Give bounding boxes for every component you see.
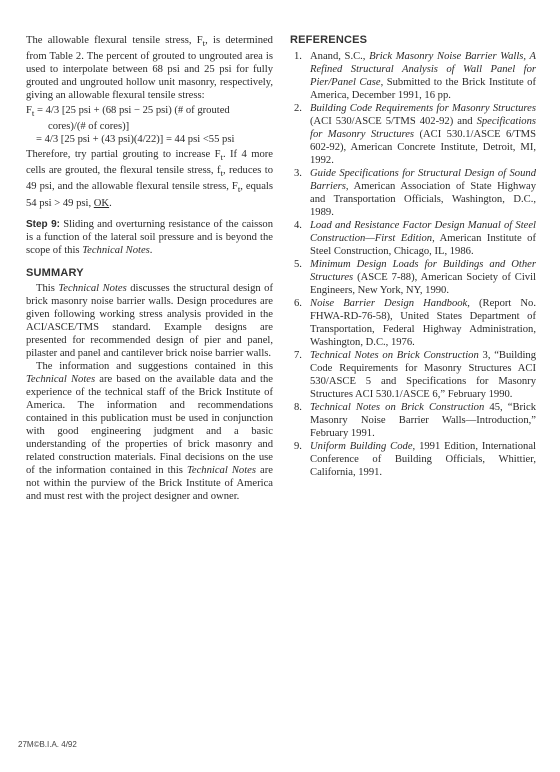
reference-number: 1. bbox=[294, 50, 302, 63]
equation-line-1: Ft = 4/3 [25 psi + (68 psi − 25 psi) (# … bbox=[26, 104, 273, 120]
text: . bbox=[150, 245, 153, 256]
reference-title: Uniform Building Code bbox=[310, 441, 413, 452]
references-list: 1.Anand, S.C., Brick Masonry Noise Barri… bbox=[290, 50, 536, 479]
reference-number: 6. bbox=[294, 297, 302, 310]
reference-title: Building Code Requirements for Masonry S… bbox=[310, 103, 536, 114]
text-italic: Technical Notes bbox=[58, 283, 126, 294]
summary-heading: SUMMARY bbox=[26, 267, 273, 280]
text: The information and suggestions containe… bbox=[36, 361, 273, 372]
reference-item: 9.Uniform Building Code, 1991 Edition, I… bbox=[290, 440, 536, 479]
step-label: Step 9: bbox=[26, 219, 60, 230]
paragraph-summary-1: This Technical Notes discusses the struc… bbox=[26, 282, 273, 360]
reference-number: 4. bbox=[294, 219, 302, 232]
ok-underlined: OK bbox=[94, 198, 109, 209]
reference-item: 5.Minimum Design Loads for Buildings and… bbox=[290, 258, 536, 297]
reference-item: 8.Technical Notes on Brick Construction … bbox=[290, 401, 536, 440]
text: Therefore, try partial grouting to incre… bbox=[26, 149, 221, 160]
reference-item: 7.Technical Notes on Brick Construction … bbox=[290, 349, 536, 401]
reference-number: 2. bbox=[294, 102, 302, 115]
text: are based on the available data and the … bbox=[26, 374, 273, 476]
paragraph-partial-grouting: Therefore, try partial grouting to incre… bbox=[26, 148, 273, 209]
reference-number: 5. bbox=[294, 258, 302, 271]
text-italic: Technical Notes bbox=[187, 465, 256, 476]
text-italic: Technical Notes bbox=[26, 374, 95, 385]
reference-number: 3. bbox=[294, 167, 302, 180]
reference-title: Noise Barrier Design Handbook bbox=[310, 298, 467, 309]
text: = 4/3 [25 psi + (68 psi − 25 psi) (# of … bbox=[34, 105, 229, 116]
reference-number: 8. bbox=[294, 401, 302, 414]
equation: Ft = 4/3 [25 psi + (68 psi − 25 psi) (# … bbox=[26, 104, 273, 146]
footer-code: 27M©B.I.A. 4/92 bbox=[18, 740, 77, 749]
reference-title: Technical Notes on Brick Construction bbox=[310, 350, 479, 361]
text: The allowable flexural tensile stress, F bbox=[26, 35, 203, 46]
text: Anand, S.C., bbox=[310, 51, 369, 62]
reference-item: 1.Anand, S.C., Brick Masonry Noise Barri… bbox=[290, 50, 536, 102]
text: (ACI 530/ASCE 5/TMS 402-92) and bbox=[310, 116, 477, 127]
reference-number: 7. bbox=[294, 349, 302, 362]
reference-item: 6.Noise Barrier Design Handbook, (Report… bbox=[290, 297, 536, 349]
reference-item: 4.Load and Resistance Factor Design Manu… bbox=[290, 219, 536, 258]
right-column: REFERENCES 1.Anand, S.C., Brick Masonry … bbox=[290, 34, 536, 479]
text: . bbox=[109, 198, 112, 209]
text: This bbox=[36, 283, 58, 294]
reference-item: 3.Guide Specifications for Structural De… bbox=[290, 167, 536, 219]
paragraph-summary-2: The information and suggestions containe… bbox=[26, 360, 273, 503]
equation-line-3: = 4/3 [25 psi + (43 psi)(4/22)] = 44 psi… bbox=[26, 133, 273, 146]
reference-item: 2.Building Code Requirements for Masonry… bbox=[290, 102, 536, 167]
text-italic: Technical Notes bbox=[82, 245, 150, 256]
left-column: The allowable flexural tensile stress, F… bbox=[26, 34, 273, 503]
equation-line-2: cores)/(# of cores)] bbox=[26, 120, 273, 133]
paragraph-allowable-stress: The allowable flexural tensile stress, F… bbox=[26, 34, 273, 102]
reference-number: 9. bbox=[294, 440, 302, 453]
reference-title: Technical Notes on Brick Construction bbox=[310, 402, 484, 413]
paragraph-step-9: Step 9: Sliding and overturning resistan… bbox=[26, 218, 273, 257]
references-heading: REFERENCES bbox=[290, 34, 536, 47]
